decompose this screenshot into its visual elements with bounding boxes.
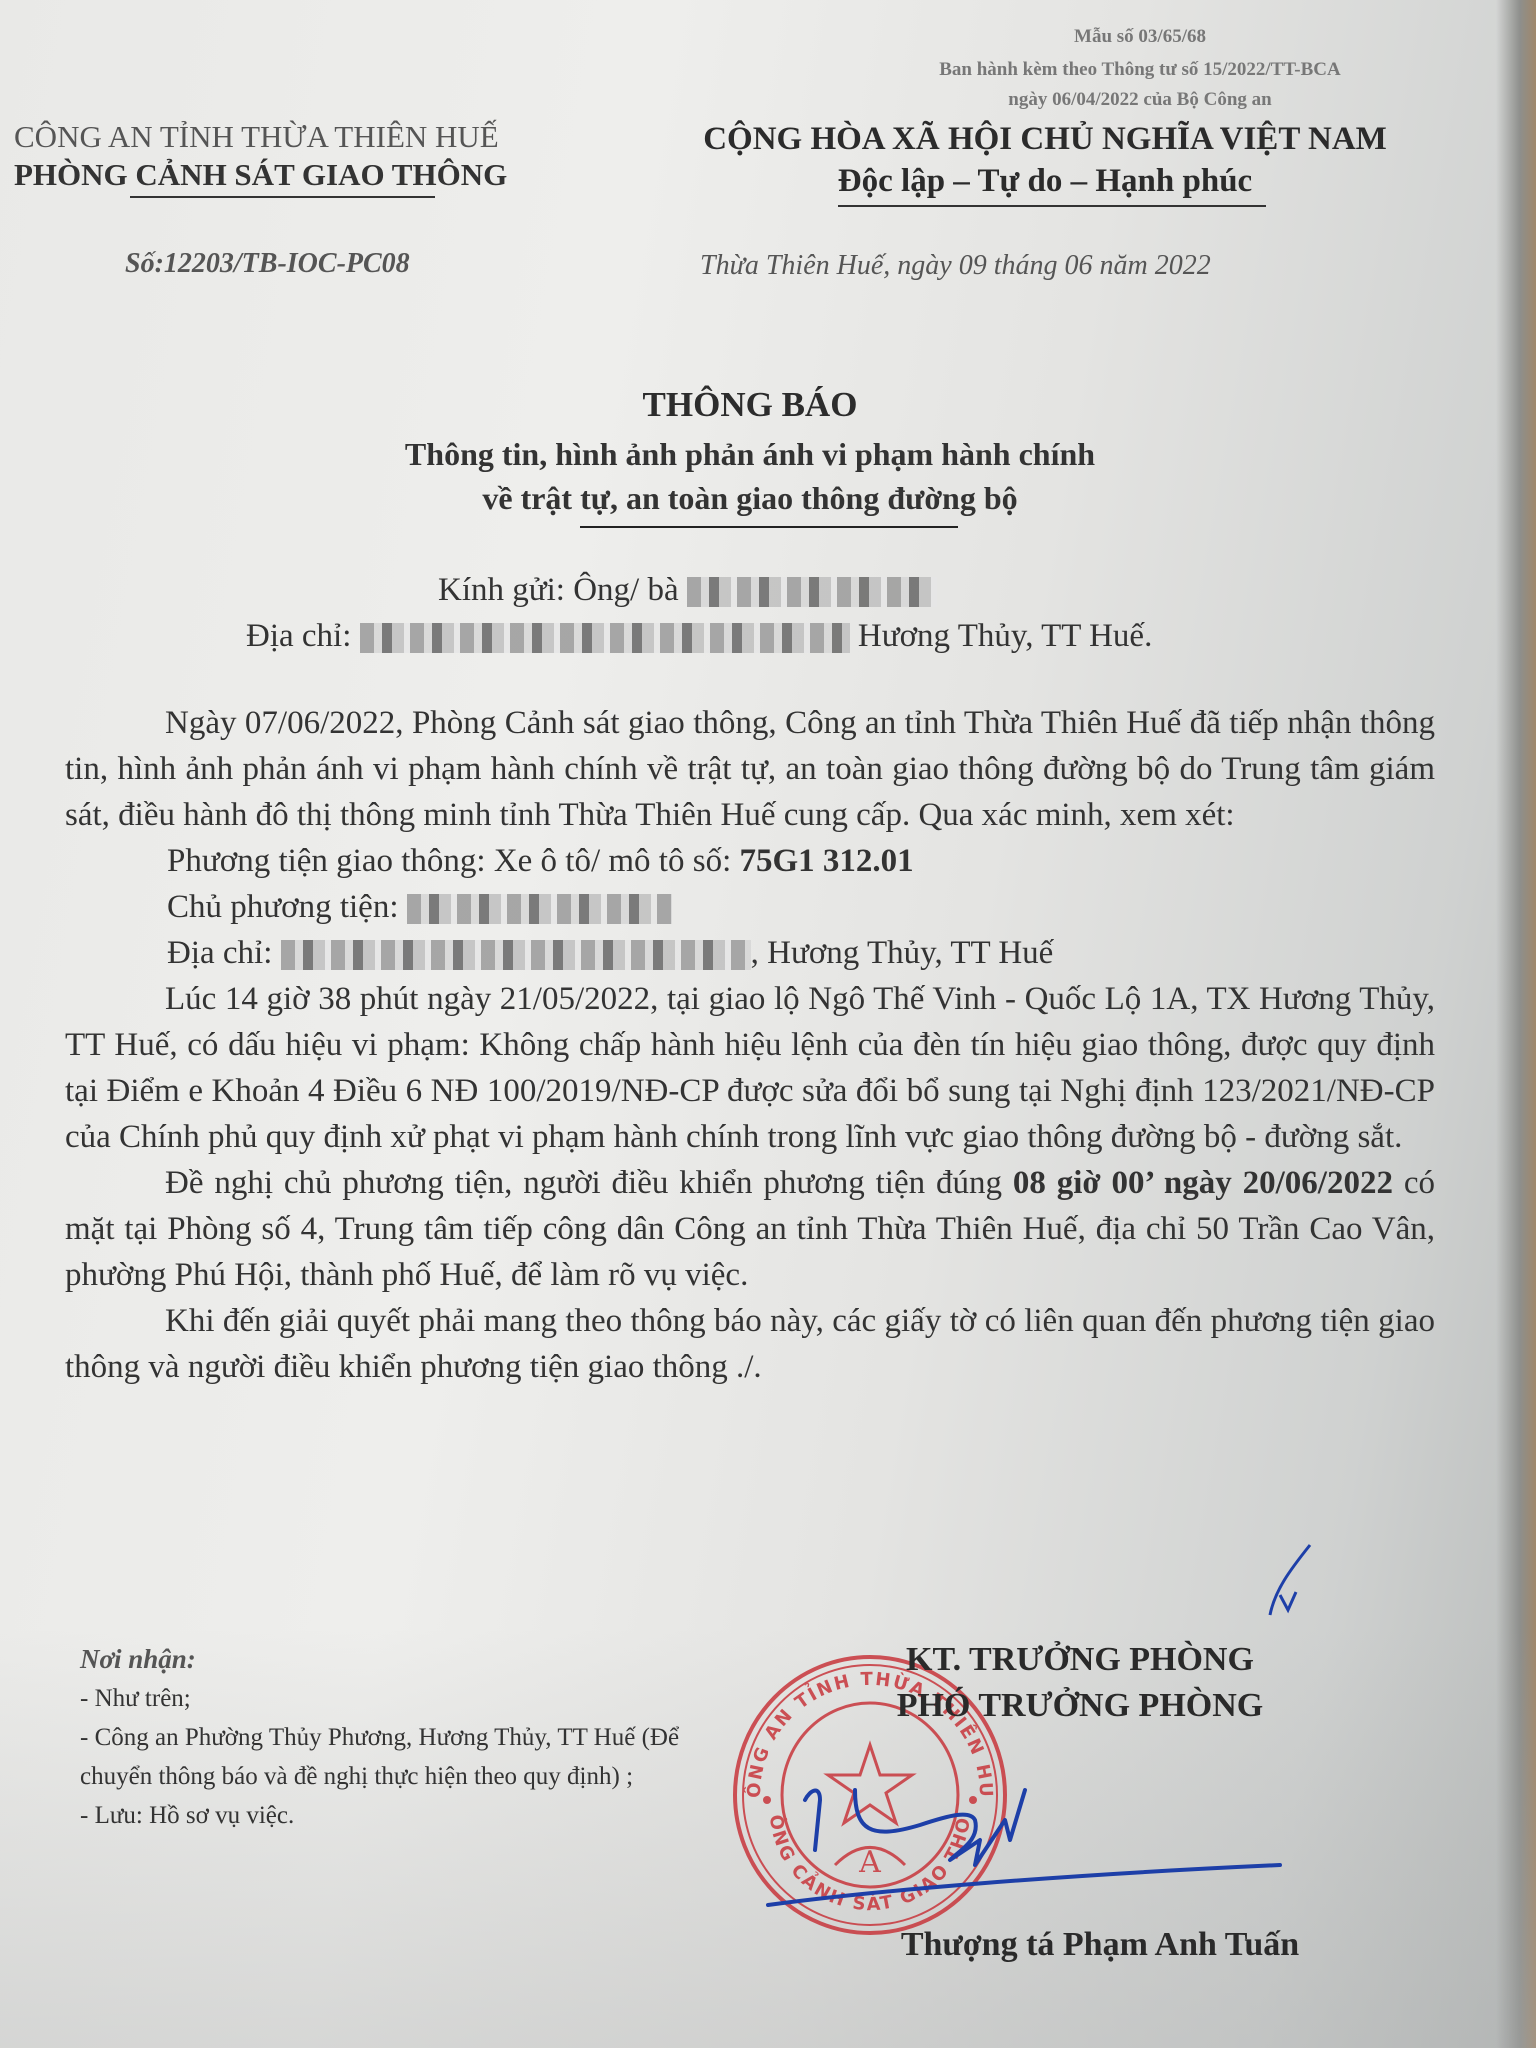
agency-parent: CÔNG AN TỈNH THỪA THIÊN HUẾ (14, 118, 614, 156)
recipient-item: - Như trên; (80, 1679, 720, 1718)
national-header: CỘNG HÒA XÃ HỘI CHỦ NGHĨA VIỆT NAM Độc l… (650, 118, 1440, 202)
agency-header: CÔNG AN TỈNH THỪA THIÊN HUẾ PHÒNG CẢNH S… (14, 118, 614, 194)
appointment-time: 08 giờ 00’ ngày 20/06/2022 (1013, 1165, 1393, 1201)
agency-name: PHÒNG CẢNH SÁT GIAO THÔNG (14, 156, 614, 194)
owner-label: Chủ phương tiện: (167, 889, 399, 925)
owner-line: Chủ phương tiện: (65, 884, 1435, 930)
addressee-label: Kính gửi: Ông/ bà (438, 572, 679, 608)
subtitle-line-2: về trật tự, an toàn giao thông đường bộ (260, 476, 1240, 520)
initials-mark (1250, 1540, 1320, 1620)
handwritten-signature (760, 1700, 1300, 1930)
owner-address-suffix: , Hương Thủy, TT Huế (751, 935, 1054, 971)
redacted-owner (407, 894, 672, 924)
closing-paragraph: Khi đến giải quyết phải mang theo thông … (65, 1298, 1435, 1390)
recipients-header: Nơi nhận: (80, 1640, 720, 1679)
recipient-item: - Lưu: Hồ sơ vụ việc. (80, 1796, 720, 1835)
request-paragraph: Đề nghị chủ phương tiện, người điều khiể… (65, 1160, 1435, 1298)
form-issued-line-1: Ban hành kèm theo Thông tư số 15/2022/TT… (840, 55, 1440, 85)
form-issued-with: Ban hành kèm theo Thông tư số 15/2022/TT… (840, 55, 1440, 115)
address-label: Địa chỉ: (246, 618, 351, 654)
intro-paragraph: Ngày 07/06/2022, Phòng Cảnh sát giao thô… (65, 700, 1435, 838)
addressee: Kính gửi: Ông/ bà (438, 572, 937, 609)
vehicle-line: Phương tiện giao thông: Xe ô tô/ mô tô s… (65, 838, 1435, 884)
request-text: Đề nghị chủ phương tiện, người điều khiể… (165, 1165, 1013, 1201)
recipient-item: - Công an Phường Thủy Phương, Hương Thủy… (80, 1718, 720, 1796)
violation-paragraph: Lúc 14 giờ 38 phút ngày 21/05/2022, tại … (65, 976, 1435, 1160)
nation-name: CỘNG HÒA XÃ HỘI CHỦ NGHĨA VIỆT NAM (650, 118, 1440, 160)
page-edge-shadow (1496, 0, 1536, 2048)
subtitle-line-1: Thông tin, hình ảnh phản ánh vi phạm hàn… (260, 432, 1240, 476)
redacted-address (360, 623, 850, 653)
redacted-name (687, 577, 937, 607)
address-suffix: Hương Thủy, TT Huế. (858, 618, 1152, 654)
owner-address-label: Địa chỉ: (167, 935, 272, 971)
divider (580, 526, 958, 528)
form-issued-line-2: ngày 06/04/2022 của Bộ Công an (840, 85, 1440, 115)
vehicle-label: Phương tiện giao thông: Xe ô tô/ mô tô s… (167, 843, 740, 879)
signature-title-line-1: KT. TRƯỞNG PHÒNG (840, 1637, 1320, 1683)
license-plate: 75G1 312.01 (740, 843, 914, 879)
addressee-address: Địa chỉ: Hương Thủy, TT Huế. (246, 618, 1152, 655)
document-title: THÔNG BÁO (300, 385, 1200, 425)
form-number: Mẫu số 03/65/68 (1020, 26, 1260, 48)
divider (130, 196, 435, 198)
owner-address-line: Địa chỉ: , Hương Thủy, TT Huế (65, 930, 1435, 976)
document-subtitle: Thông tin, hình ảnh phản ánh vi phạm hàn… (260, 432, 1240, 520)
recipients-list: Nơi nhận: - Như trên; - Công an Phường T… (80, 1640, 720, 1835)
redacted-owner-address (281, 940, 751, 970)
divider (838, 205, 1266, 207)
nation-motto: Độc lập – Tự do – Hạnh phúc (650, 160, 1440, 202)
notice-body: Ngày 07/06/2022, Phòng Cảnh sát giao thô… (65, 700, 1435, 1390)
document-number: Số:12203/TB-IOC-PC08 (125, 248, 410, 280)
document-date: Thừa Thiên Huế, ngày 09 tháng 06 năm 202… (700, 250, 1211, 282)
